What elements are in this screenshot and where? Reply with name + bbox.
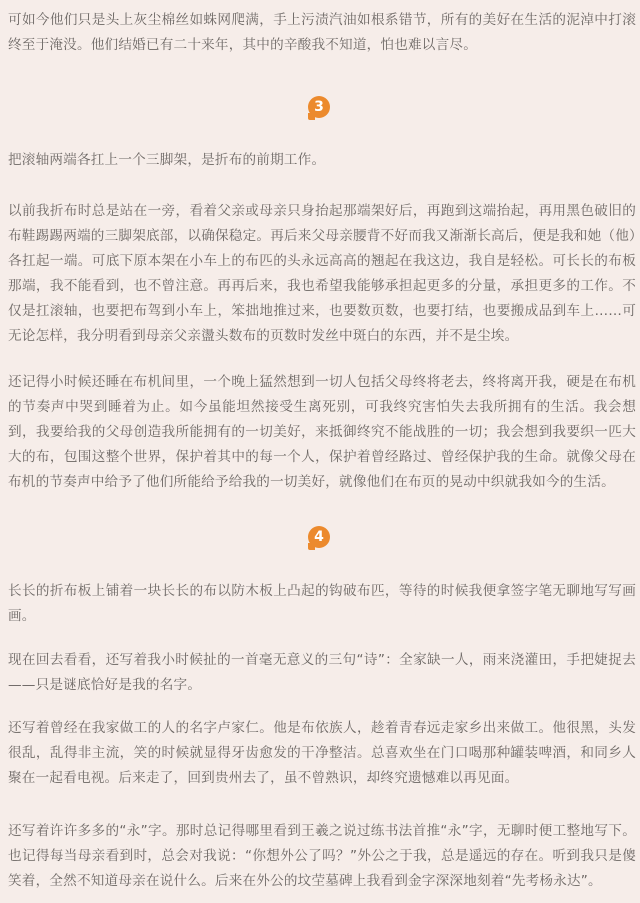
paragraph: 还写着许许多多的“永”字。那时总记得哪里看到王羲之说过练书法首推“永”字，无聊时… — [8, 819, 636, 894]
paragraph: 还记得小时候还睡在布机间里，一个晚上猛然想到一切人包括父母终将老去，终将离开我，… — [8, 370, 636, 495]
paragraph: 可如今他们只是头上灰尘棉丝如蛛网爬满，手上污渍汽油如根系错节，所有的美好在生活的… — [8, 8, 636, 58]
section-number: 3 — [314, 99, 324, 115]
paragraph: 现在回去看看，还写着我小时候扯的一首毫无意义的三句“诗”：全家缺一人，雨来浇灌田… — [8, 648, 636, 698]
paragraph: 还写着曾经在我家做工的人的名字卢家仁。他是布依族人，趁着青春远走家乡出来做工。他… — [8, 716, 636, 791]
section-number-badge-4: 4 — [308, 526, 330, 548]
section-number: 4 — [314, 529, 324, 545]
paragraph: 把滚轴两端各扛上一个三脚架，是折布的前期工作。 — [8, 148, 636, 173]
section-number-badge-3: 3 — [308, 96, 330, 118]
paragraph: 以前我折布时总是站在一旁，看着父亲或母亲只身抬起那端架好后，再跑到这端抬起，再用… — [8, 199, 636, 349]
paragraph: 长长的折布板上铺着一块长长的布以防木板上凸起的钩破布匹，等待的时候我便拿签字笔无… — [8, 579, 636, 629]
